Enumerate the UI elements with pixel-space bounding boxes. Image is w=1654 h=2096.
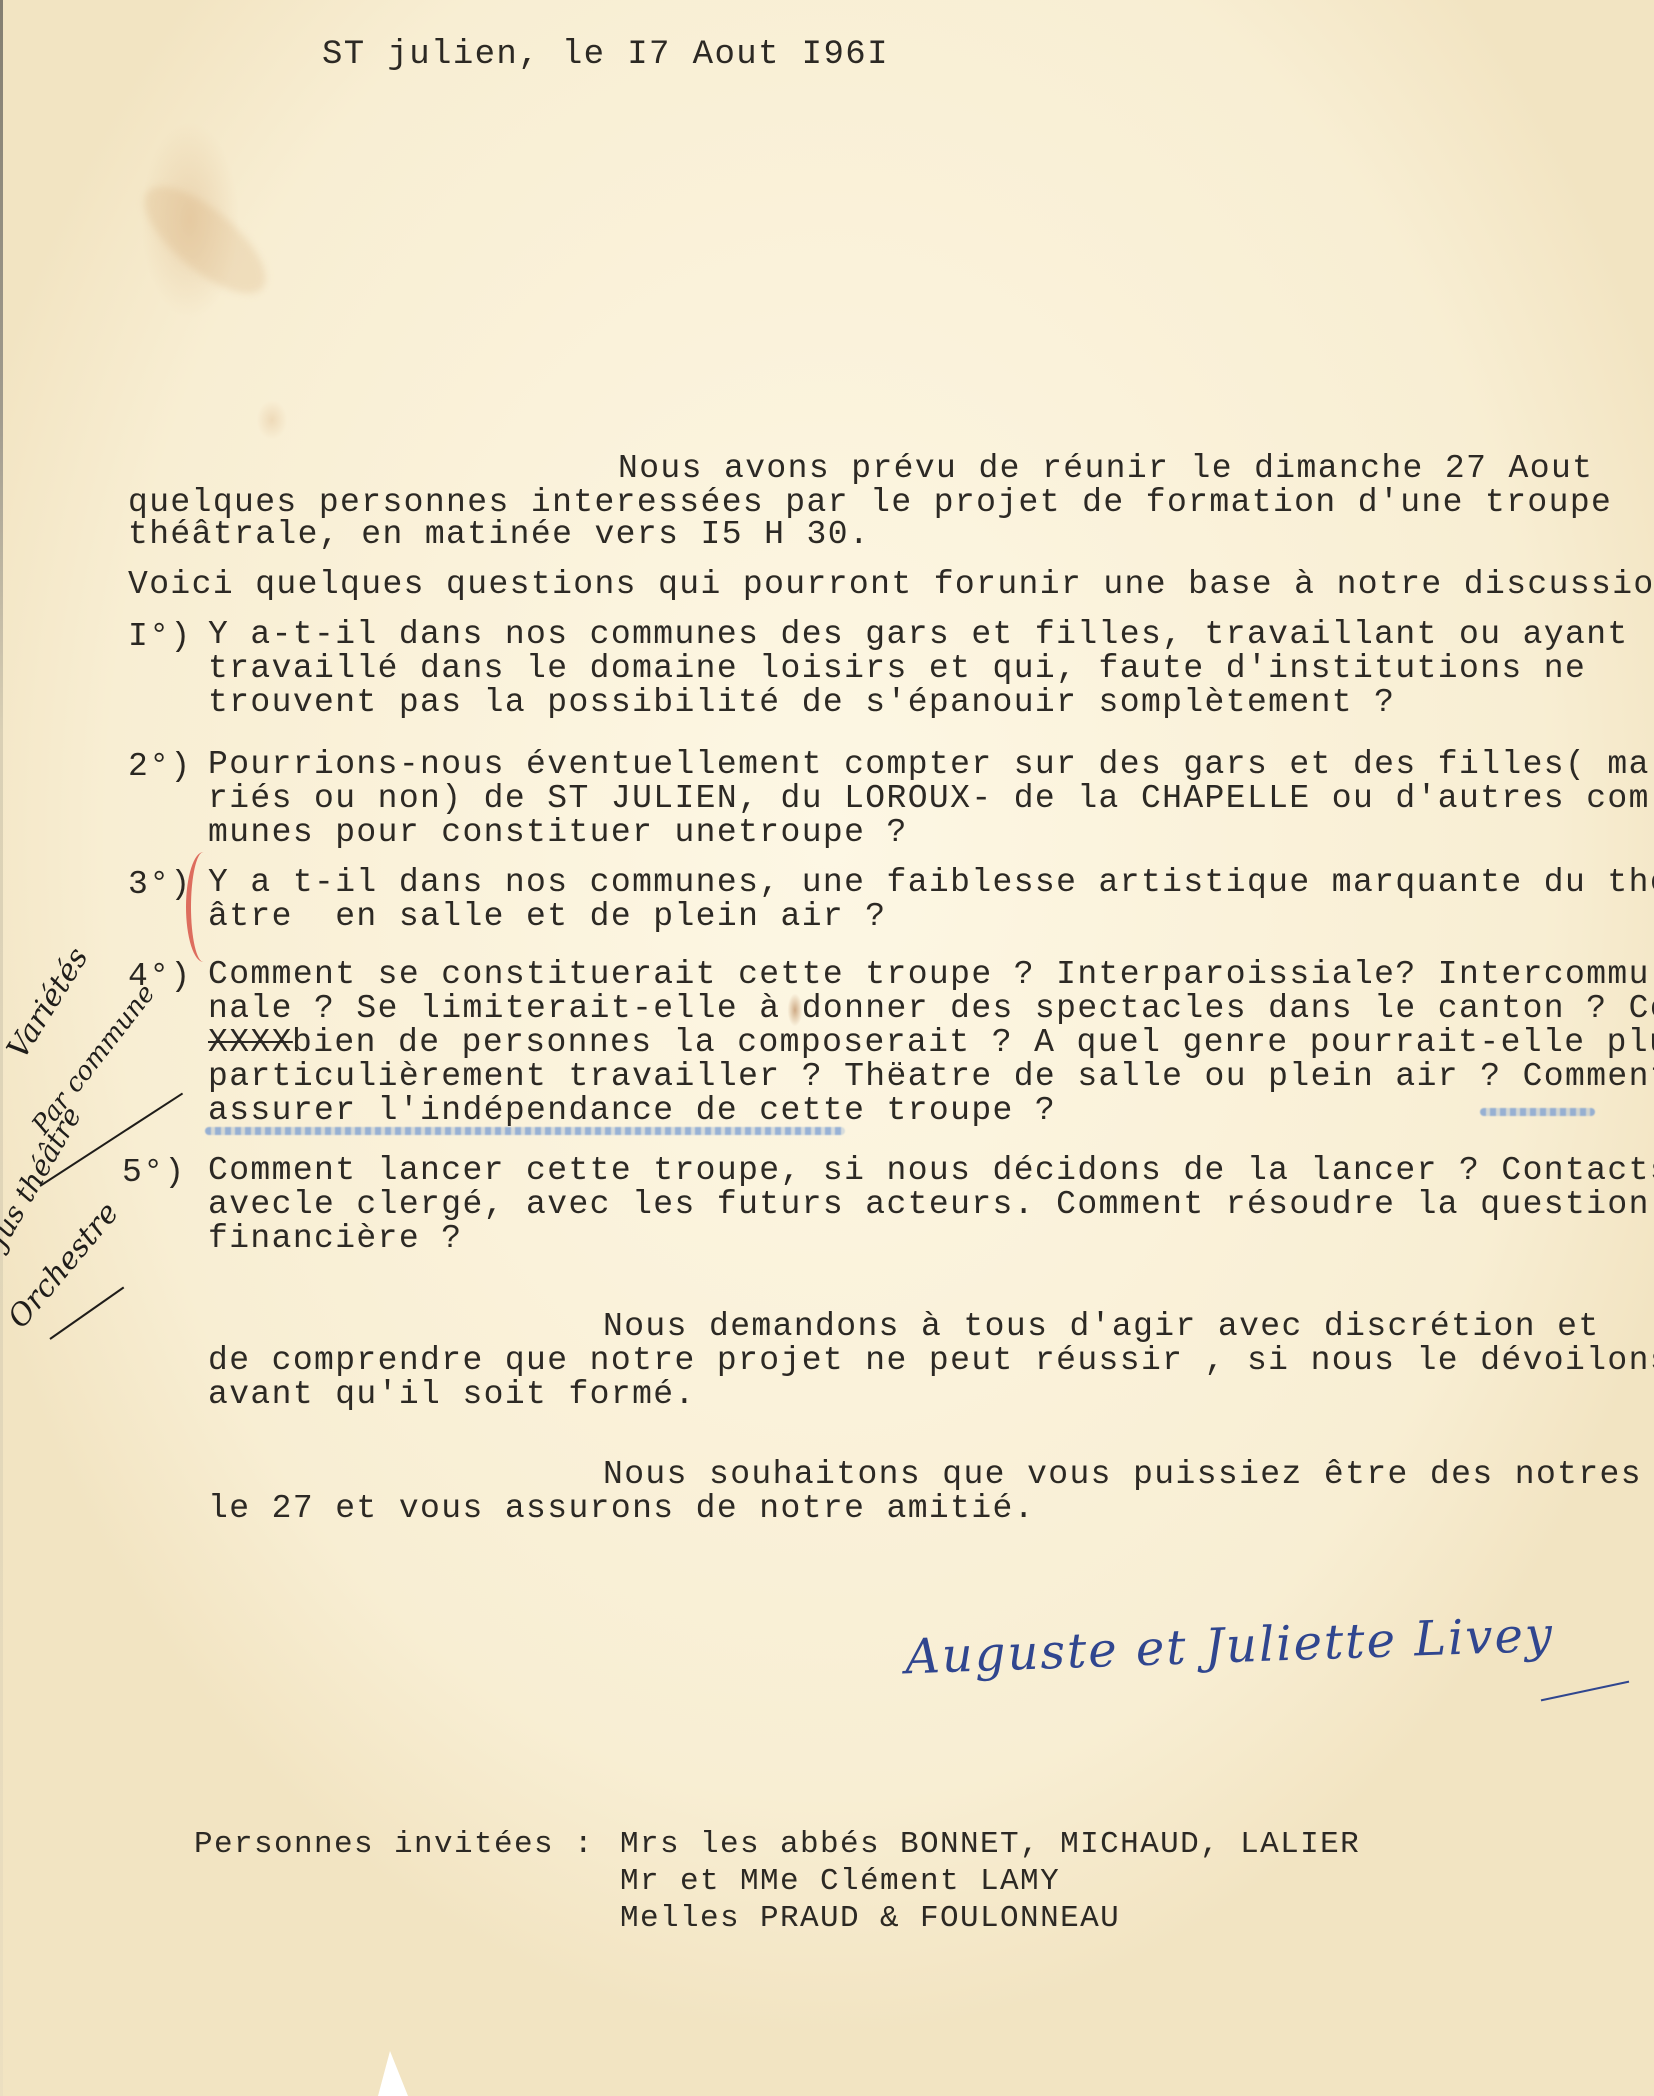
date-line: ST julien, le I7 Aout I96I xyxy=(322,38,889,72)
question-3-line-1: Y a t-il dans nos communes, une faibless… xyxy=(208,866,1654,899)
closing-1-line-2: de comprendre que notre projet ne peut r… xyxy=(208,1344,1654,1377)
question-5-line-3: financière ? xyxy=(208,1222,462,1255)
struck-out-text: XXXX xyxy=(208,1026,293,1059)
question-5-line-2: avecle clergé, avec les futurs acteurs. … xyxy=(208,1188,1650,1221)
question-3-line-2: âtre en salle et de plein air ? xyxy=(208,900,887,933)
question-1-line-1: Y a-t-il dans nos communes des gars et f… xyxy=(208,618,1629,651)
question-1-line-2: travaillé dans le domaine loisirs et qui… xyxy=(208,652,1586,685)
question-4-line-4: particulièrement travailler ? Thëatre de… xyxy=(208,1060,1654,1093)
question-4-line-3: bien de personnes la composerait ? A que… xyxy=(292,1026,1654,1059)
questions-intro: Voici quelques questions qui pourront fo… xyxy=(128,568,1654,601)
closing-1-line-1: Nous demandons à tous d'agir avec discré… xyxy=(603,1310,1600,1343)
question-2-line-3: munes pour constituer unetroupe ? xyxy=(208,816,908,849)
blue-underline xyxy=(205,1127,845,1135)
question-4-line-5: assurer l'indépendance de cette troupe ? xyxy=(208,1094,1056,1127)
question-number-2: 2°) xyxy=(128,748,192,785)
intro-line-2: quelques personnes interessées par le pr… xyxy=(128,486,1612,519)
question-number-1: I°) xyxy=(128,618,192,655)
question-2-line-1: Pourrions-nous éventuellement compter su… xyxy=(208,748,1654,781)
question-4-line-1: Comment se constituerait cette troupe ? … xyxy=(208,958,1654,991)
question-1-line-3: trouvent pas la possibilité de s'épanoui… xyxy=(208,686,1395,719)
closing-2-line-2: le 27 et vous assurons de notre amitié. xyxy=(208,1492,1035,1525)
question-number-5: 5°) xyxy=(122,1154,186,1191)
intro-line-3: théâtrale, en matinée vers I5 H 30. xyxy=(128,518,870,551)
invited-name-3: Melles PRAUD & FOULONNEAU xyxy=(620,1903,1120,1934)
closing-2-line-1: Nous souhaitons que vous puissiez être d… xyxy=(603,1458,1642,1491)
invited-label: Personnes invitées : xyxy=(194,1829,594,1860)
invited-name-1: Mrs les abbés BONNET, MICHAUD, LALIER xyxy=(620,1829,1360,1860)
invited-name-2: Mr et MMe Clément LAMY xyxy=(620,1866,1060,1897)
question-2-line-2: riés ou non) de ST JULIEN, du LOROUX- de… xyxy=(208,782,1654,815)
question-number-3: 3°) xyxy=(128,866,192,903)
closing-1-line-3: avant qu'il soit formé. xyxy=(208,1378,696,1411)
question-5-line-1: Comment lancer cette troupe, si nous déc… xyxy=(208,1154,1654,1187)
intro-line-1: Nous avons prévu de réunir le dimanche 2… xyxy=(618,452,1593,485)
question-4-line-2: nale ? Se limiterait-elle à donner des s… xyxy=(208,992,1654,1025)
blue-underline-2 xyxy=(1480,1108,1595,1116)
